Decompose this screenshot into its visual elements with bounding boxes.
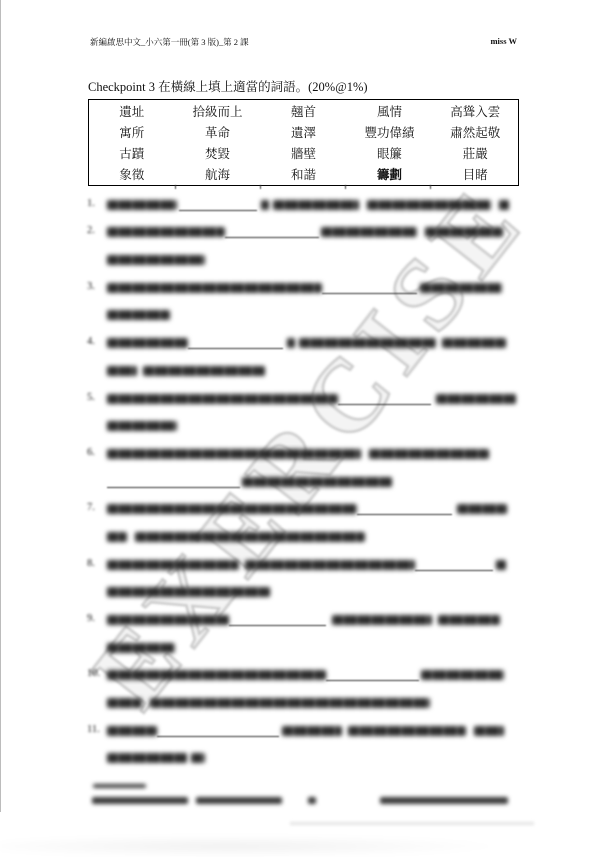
page-header: 新編啟思中文_小六第一冊(第 3 版)_第 2 課 miss W: [90, 36, 517, 48]
redacted-text-blob: [107, 726, 157, 736]
question-text-redacted: [107, 714, 519, 742]
redacted-text-blob: [369, 449, 489, 459]
redacted-text-blob: [107, 560, 239, 570]
redacted-text-blob: [107, 753, 187, 763]
redacted-text-blob: [191, 753, 205, 763]
redacted-text-blob: [261, 200, 269, 210]
question-text-redacted: [107, 382, 519, 410]
word-bank-row: 象徵航海和諧籌劃目睹: [89, 164, 519, 186]
question-line-continuation: [88, 299, 519, 327]
question-text-redacted: [107, 299, 519, 327]
question-text-redacted: [107, 465, 519, 493]
word-bank-item: 目睹: [433, 164, 519, 186]
redacted-text-blob: [107, 283, 322, 293]
answer-blank-line: [326, 680, 419, 681]
redacted-text-blob: [245, 560, 415, 570]
question-line-continuation: [88, 686, 519, 714]
question-text-redacted: [107, 437, 519, 465]
header-doc-title: 新編啟思中文_小六第一冊(第 3 版)_第 2 課: [90, 36, 249, 48]
redacted-text-blob: [499, 200, 509, 210]
answer-blank-line: [357, 514, 452, 515]
redacted-text-blob: [421, 670, 504, 680]
word-bank-item: 高聳入雲: [433, 100, 519, 122]
question-line: 3.: [88, 271, 519, 299]
answer-blank-line: [107, 487, 240, 488]
question-line-continuation: [88, 410, 519, 438]
question-line: 7.: [88, 493, 519, 521]
word-bank-item: 籌劃: [347, 164, 433, 186]
question-line: 4.: [88, 326, 519, 354]
redacted-text-blob: [442, 338, 506, 348]
answer-blank-line: [415, 570, 493, 571]
question-text-redacted: [107, 576, 519, 604]
redacted-text-blob: [107, 698, 142, 708]
word-bank-row: 寓所革命遺澤豐功偉績肅然起敬: [89, 121, 519, 142]
question-text-redacted: [107, 686, 519, 714]
redacted-text-blob: [299, 338, 436, 348]
answer-blank-line: [179, 210, 257, 211]
question-text-redacted: [107, 548, 519, 576]
redacted-text-blob: [107, 643, 175, 653]
redacted-text-blob: [425, 227, 503, 237]
questions-list: 1.2.3.4.5.6.7.8.9.10.11.: [88, 188, 519, 769]
answer-blank-line: [157, 736, 279, 737]
word-bank-item: 肅然起敬: [433, 121, 519, 142]
question-line: 5.: [88, 382, 519, 410]
question-text-redacted: [107, 271, 519, 299]
question-line: 2.: [88, 216, 519, 244]
page-bottom-shade: [0, 833, 605, 857]
word-bank-item: 翹首: [261, 100, 347, 122]
redacted-text-blob: [107, 421, 177, 431]
redacted-text-blob: [107, 587, 270, 597]
word-bank-item: 寓所: [89, 121, 175, 142]
redacted-text-blob: [496, 560, 506, 570]
redacted-text-blob: [143, 366, 265, 376]
word-bank-item: 遺澤: [261, 121, 347, 142]
footer-redacted-text: [308, 797, 316, 804]
question-text-redacted: [107, 493, 519, 521]
redacted-text-blob: [332, 615, 432, 625]
worksheet-page: 新編啟思中文_小六第一冊(第 3 版)_第 2 課 miss W EXERCIS…: [0, 0, 605, 857]
redacted-text-blob: [107, 504, 357, 514]
redacted-text-blob: [107, 227, 225, 237]
redacted-text-blob: [107, 200, 177, 210]
word-bank-item: 焚毀: [175, 142, 261, 163]
word-bank-item: 拾級而上: [175, 100, 261, 122]
question-text-redacted: [107, 243, 519, 271]
question-number: 3.: [87, 281, 103, 292]
question-text-redacted: [107, 659, 519, 687]
word-bank-item: 航海: [175, 164, 261, 186]
question-text-redacted: [107, 326, 519, 354]
word-bank-item: 風情: [347, 100, 433, 122]
redacted-text-blob: [135, 532, 365, 542]
redacted-text-blob: [107, 449, 361, 459]
redacted-text-blob: [107, 394, 338, 404]
answer-blank-line: [188, 348, 283, 349]
word-bank-item: 象徵: [89, 164, 175, 186]
question-line: 1.: [88, 188, 519, 216]
redacted-text-blob: [457, 504, 507, 514]
question-number: 2.: [87, 225, 103, 236]
word-bank-table: 遺址拾級而上翹首風情高聳入雲寓所革命遺澤豐功偉績肅然起敬古蹟焚毀牆壁眼簾莊嚴象徵…: [88, 99, 519, 186]
question-text-redacted: [107, 188, 519, 216]
question-line-continuation: [88, 465, 519, 493]
word-bank-item: 革命: [175, 121, 261, 142]
question-line: 9.: [88, 603, 519, 631]
word-bank-item: 和諧: [261, 164, 347, 186]
question-text-redacted: [107, 354, 519, 382]
word-bank-item: 莊嚴: [433, 142, 519, 163]
question-text-redacted: [107, 216, 519, 244]
question-line-continuation: [88, 576, 519, 604]
word-bank-item: 古蹟: [89, 142, 175, 163]
redacted-text-blob: [438, 615, 500, 625]
question-line-continuation: [88, 742, 519, 770]
answer-blank-line: [225, 237, 319, 238]
word-bank-item: 牆壁: [261, 142, 347, 163]
question-line-continuation: [88, 520, 519, 548]
question-line-continuation: [88, 631, 519, 659]
question-number: 7.: [87, 502, 103, 513]
question-text-redacted: [107, 410, 519, 438]
answer-blank-line: [229, 625, 326, 626]
footer-redacted-text: [92, 797, 188, 804]
redacted-text-blob: [348, 726, 466, 736]
answer-blank-line: [322, 293, 417, 294]
question-number: 4.: [87, 336, 103, 347]
redacted-text-blob: [107, 615, 229, 625]
word-bank-row: 遺址拾級而上翹首風情高聳入雲: [89, 100, 519, 122]
footer-faint-rule: [290, 822, 534, 825]
redacted-text-blob: [107, 670, 326, 680]
redacted-text-blob: [107, 310, 170, 320]
redacted-text-blob: [242, 477, 392, 487]
question-text-redacted: [107, 631, 519, 659]
redacted-text-blob: [273, 200, 359, 210]
redacted-text-blob: [436, 394, 516, 404]
question-number: 1.: [87, 198, 103, 209]
redacted-text-blob: [282, 726, 342, 736]
redacted-text-blob: [107, 366, 137, 376]
word-bank-row: 古蹟焚毀牆壁眼簾莊嚴: [89, 142, 519, 163]
footer-redacted-text: [93, 784, 146, 788]
question-number: 8.: [87, 558, 103, 569]
redacted-text-blob: [107, 532, 127, 542]
question-line: 8.: [88, 548, 519, 576]
page-left-edge-line: [0, 0, 1, 812]
redacted-text-blob: [367, 200, 491, 210]
word-bank-item: 豐功偉績: [347, 121, 433, 142]
question-text-redacted: [107, 520, 519, 548]
question-number: 9.: [87, 613, 103, 624]
question-line-continuation: [88, 354, 519, 382]
question-line: 6.: [88, 437, 519, 465]
question-text-redacted: [107, 742, 519, 770]
answer-blank-line: [338, 404, 431, 405]
question-line: 10.: [88, 659, 519, 687]
question-number: 10.: [87, 668, 103, 679]
footer-redacted-text: [380, 797, 508, 804]
question-number: 11.: [87, 724, 103, 735]
redacted-text-blob: [150, 698, 430, 708]
footer-redacted-text: [196, 797, 282, 804]
text-gap: [187, 768, 191, 769]
redacted-text-blob: [420, 283, 502, 293]
redacted-text-blob: [321, 227, 417, 237]
redacted-text-blob: [107, 338, 188, 348]
word-bank-item: 眼簾: [347, 142, 433, 163]
question-text-redacted: [107, 603, 519, 631]
question-number: 5.: [87, 392, 103, 403]
question-line: 11.: [88, 714, 519, 742]
question-number: 6.: [87, 447, 103, 458]
redacted-text-blob: [474, 726, 504, 736]
redacted-text-blob: [107, 255, 205, 265]
word-bank-item: 遺址: [89, 100, 175, 122]
checkpoint-title: Checkpoint 3 在橫線上填上適當的詞語。(20%@1%): [88, 77, 368, 95]
question-line-continuation: [88, 243, 519, 271]
redacted-text-blob: [287, 338, 295, 348]
header-teacher-name: miss W: [490, 36, 517, 48]
